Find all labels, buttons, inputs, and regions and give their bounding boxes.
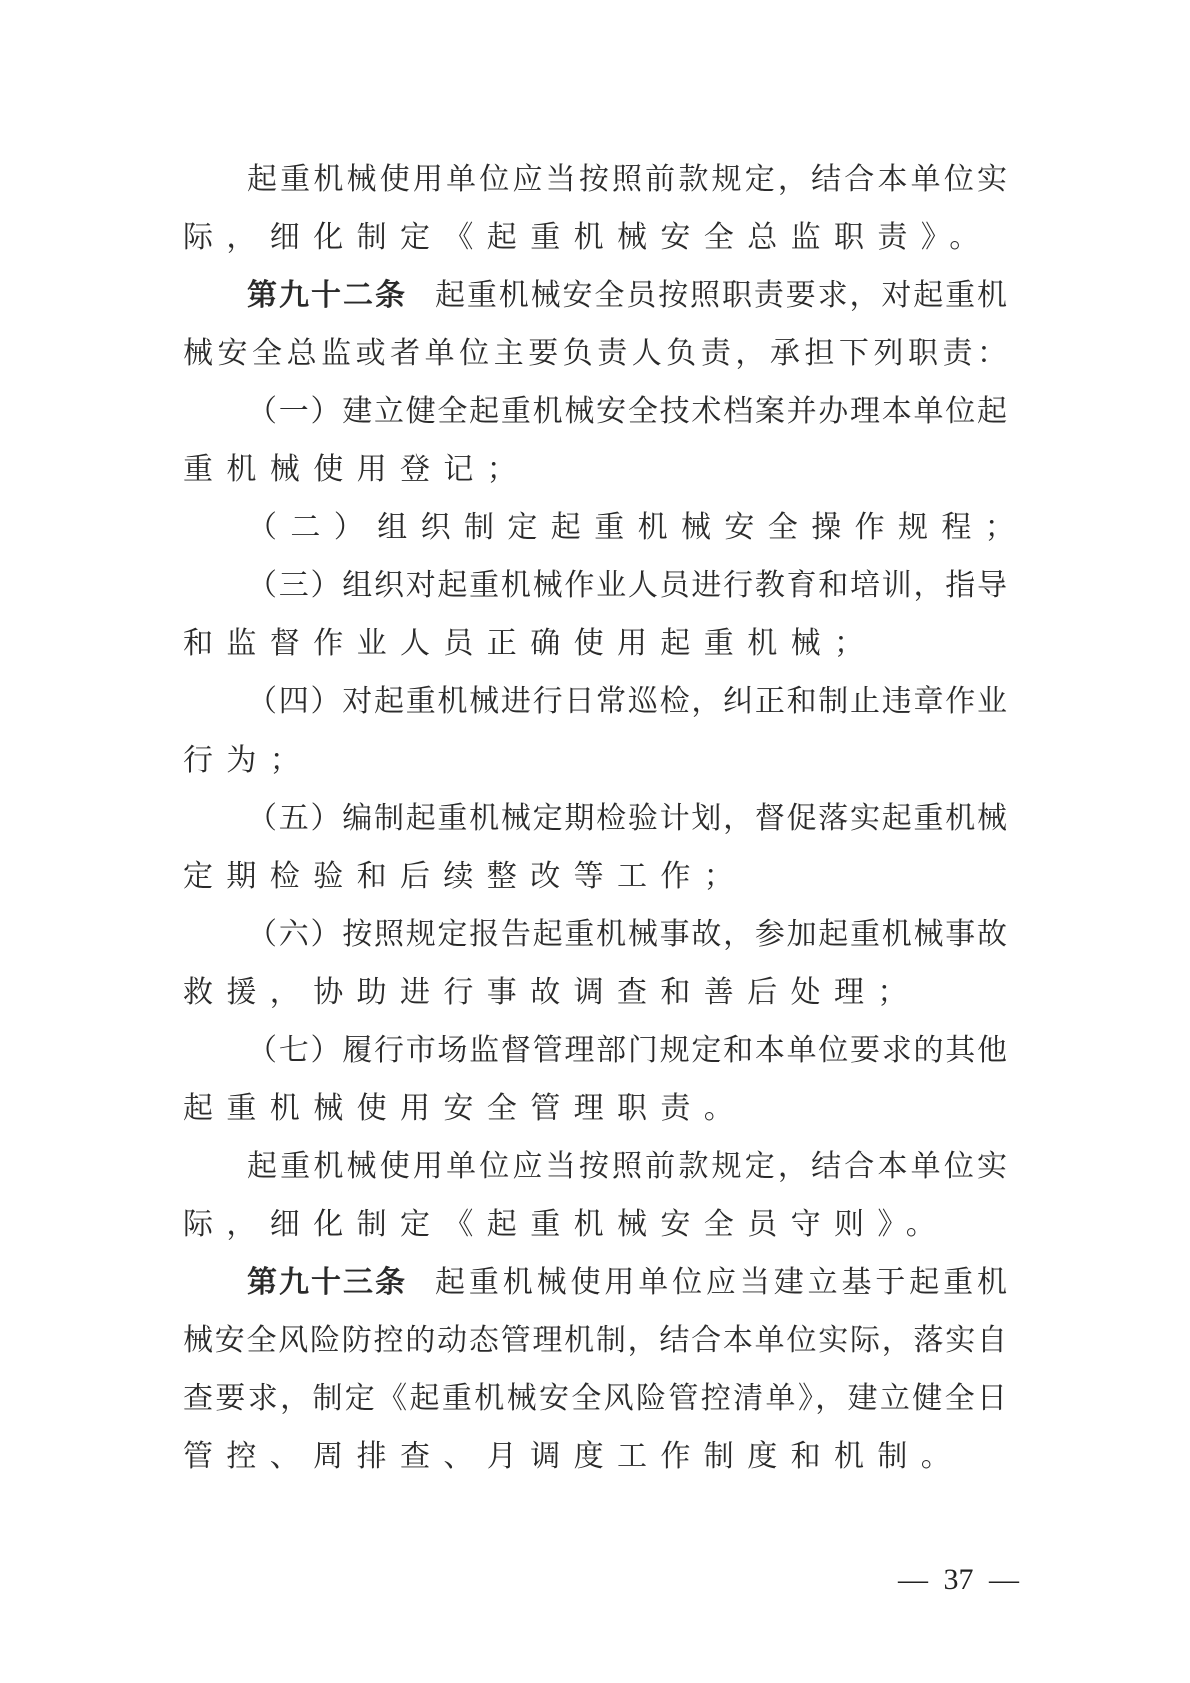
line-text: 救援，协助进行事故调查和善后处理；: [183, 975, 921, 1010]
line-text: 定期检验和后续整改等工作；: [183, 859, 747, 894]
line-text: （五）编制起重机械定期检验计划，督促落实起重机械: [247, 801, 1007, 836]
line-text: 起重机械使用安全管理职责。: [183, 1091, 747, 1126]
paragraph-line: （三）组织对起重机械作业人员进行教育和培训，指导: [247, 569, 1007, 603]
line-text: （一）建立健全起重机械安全技术档案并办理本单位起: [247, 394, 1007, 429]
line-text: 起重机械安全员按照职责要求，对起重机: [435, 279, 1007, 313]
article-heading-line: 第九十二条起重机械安全员按照职责要求，对起重机: [247, 279, 1007, 313]
line-text: 际，细化制定《起重机械安全员守则》。: [183, 1207, 949, 1242]
paragraph-line: 救援，协助进行事故调查和善后处理；: [183, 976, 1007, 1010]
line-text: 行为；: [183, 743, 313, 778]
line-text: （七）履行市场监督管理部门规定和本单位要求的其他: [247, 1033, 1007, 1068]
paragraph-line: （四）对起重机械进行日常巡检，纠正和制止违章作业: [247, 685, 1007, 719]
paragraph-line: 行为；: [183, 744, 1007, 778]
paragraph-line: 重机械使用登记；: [183, 453, 1007, 487]
line-text: 起重机械使用单位应当建立基于起重机: [435, 1266, 1007, 1300]
line-text: （二）组织制定起重机械安全操作规程；: [247, 510, 1028, 545]
paragraph-line: （七）履行市场监督管理部门规定和本单位要求的其他: [247, 1034, 1007, 1068]
line-text: 重机械使用登记；: [183, 452, 530, 487]
line-text: （三）组织对起重机械作业人员进行教育和培训，指导: [247, 568, 1007, 603]
paragraph-line: 和监督作业人员正确使用起重机械；: [183, 627, 1007, 661]
paragraph-line: （一）建立健全起重机械安全技术档案并办理本单位起: [247, 395, 1007, 429]
article-number: 第九十二条: [247, 279, 407, 313]
paragraph-line: 定期检验和后续整改等工作；: [183, 860, 1007, 894]
line-text: 际，细化制定《起重机械安全总监职责》。: [183, 220, 993, 255]
paragraph-line: 械安全风险防控的动态管理机制，结合本单位实际，落实自: [183, 1324, 1007, 1358]
line-text: 起重机械使用单位应当按照前款规定，结合本单位实: [247, 162, 1007, 197]
line-text: 管控、周排查、月调度工作制度和机制。: [183, 1439, 964, 1474]
paragraph-line: （六）按照规定报告起重机械事故，参加起重机械事故: [247, 918, 1007, 952]
paragraph-line: （二）组织制定起重机械安全操作规程；: [247, 511, 1007, 545]
line-text: 起重机械使用单位应当按照前款规定，结合本单位实: [247, 1149, 1007, 1184]
paragraph-line: （五）编制起重机械定期检验计划，督促落实起重机械: [247, 802, 1007, 836]
line-text: 和监督作业人员正确使用起重机械；: [183, 626, 877, 661]
line-text: （四）对起重机械进行日常巡检，纠正和制止违章作业: [247, 684, 1007, 719]
line-text: 械安全总监或者单位主要负责人负责，承担下列职责：: [183, 336, 1007, 371]
paragraph-line: 起重机械使用单位应当按照前款规定，结合本单位实: [247, 163, 1007, 197]
paragraph-line: 际，细化制定《起重机械安全员守则》。: [183, 1208, 1007, 1242]
page-number: — 37 —: [898, 1563, 1019, 1597]
article-number: 第九十三条: [247, 1266, 407, 1300]
line-text: 查要求，制定《起重机械安全风险管控清单》，建立健全日: [183, 1381, 1007, 1416]
line-text: 械安全风险防控的动态管理机制，结合本单位实际，落实自: [183, 1323, 1007, 1358]
paragraph-line: 查要求，制定《起重机械安全风险管控清单》，建立健全日: [183, 1382, 1007, 1416]
paragraph-line: 起重机械使用安全管理职责。: [183, 1092, 1007, 1126]
paragraph-line: 际，细化制定《起重机械安全总监职责》。: [183, 221, 1007, 255]
article-heading-line: 第九十三条起重机械使用单位应当建立基于起重机: [247, 1266, 1007, 1300]
paragraph-line: 械安全总监或者单位主要负责人负责，承担下列职责：: [183, 337, 1007, 371]
paragraph-line: 管控、周排查、月调度工作制度和机制。: [183, 1440, 1007, 1474]
line-text: （六）按照规定报告起重机械事故，参加起重机械事故: [247, 917, 1007, 952]
paragraph-line: 起重机械使用单位应当按照前款规定，结合本单位实: [247, 1150, 1007, 1184]
